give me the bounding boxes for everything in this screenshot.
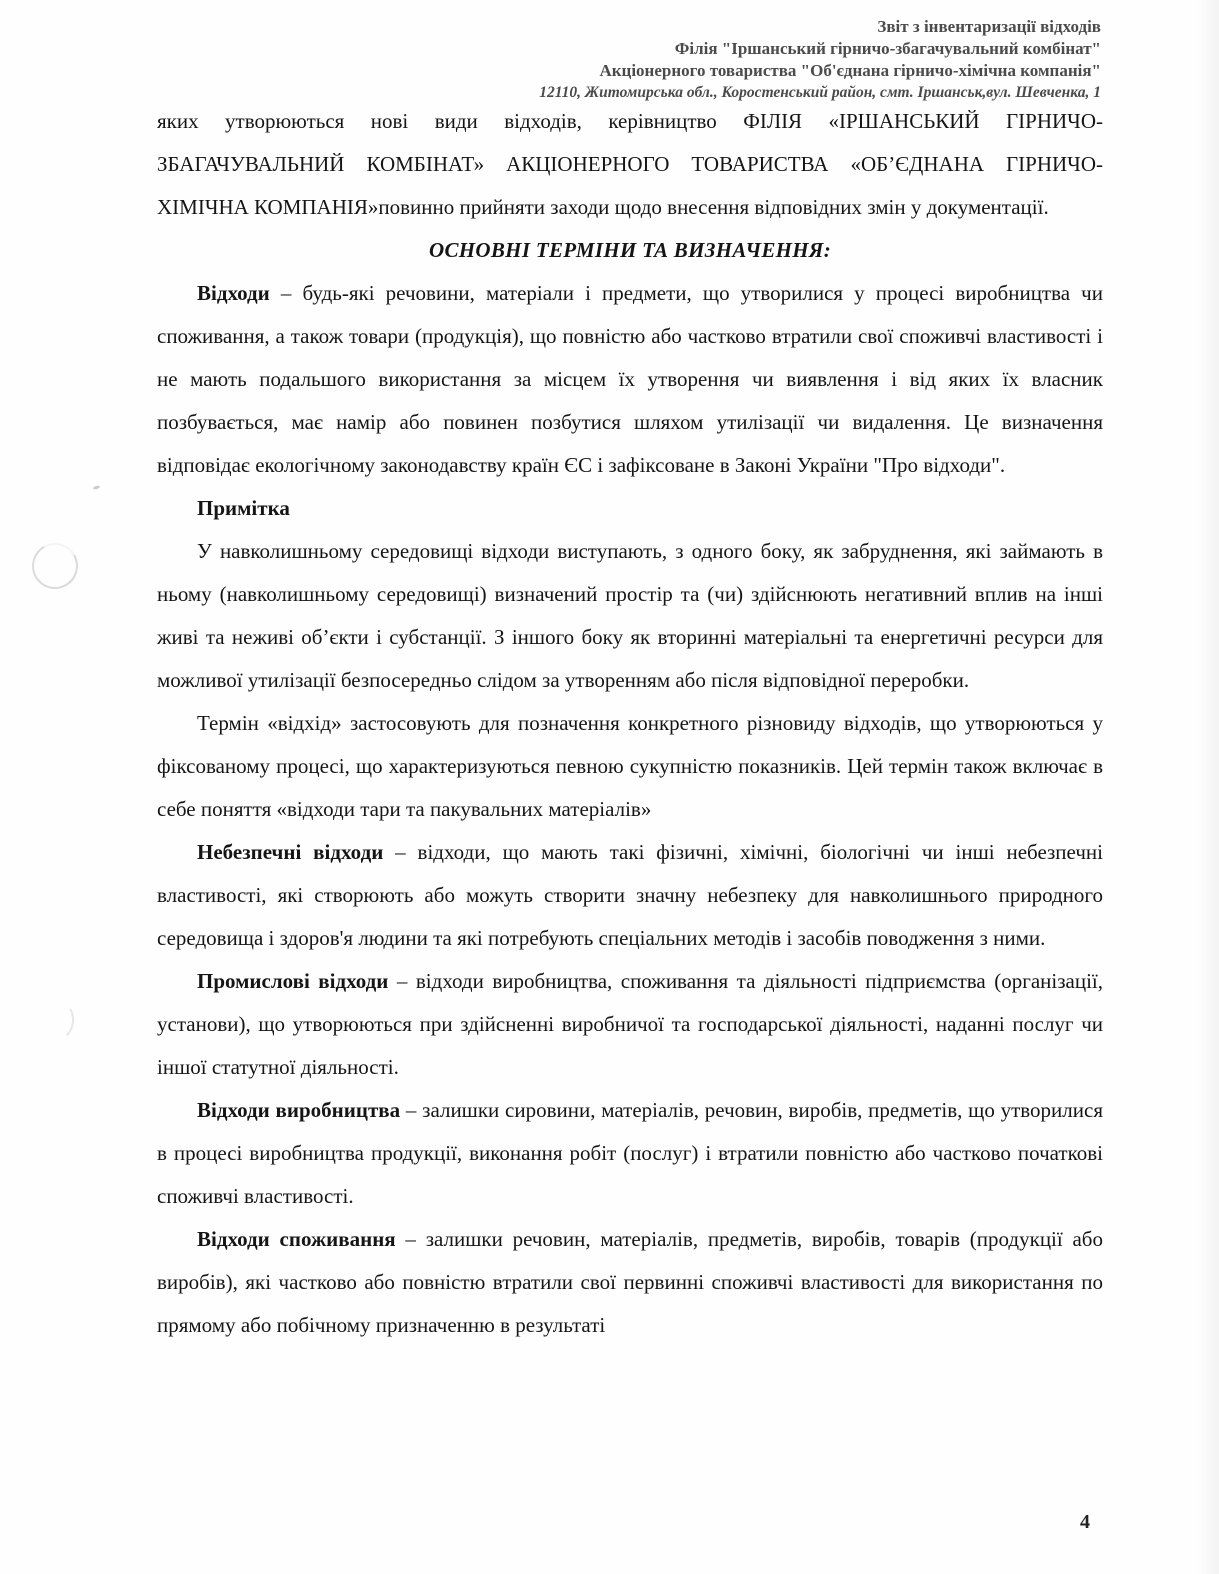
header-branch-name: Філія "Іршанський гірничо-збагачувальний…: [539, 38, 1101, 60]
term-label: Відходи споживання: [197, 1227, 396, 1251]
paragraph-text: яких утворюються нові види відходів, кер…: [157, 109, 1103, 219]
term-definition: – будь-які речовини, матеріали і предмет…: [157, 281, 1103, 477]
term-label: Відходи виробництва: [197, 1098, 400, 1122]
term-label: Примітка: [197, 496, 290, 520]
term-label: Промислові відходи: [197, 969, 388, 993]
scan-artifact-arc: [42, 1000, 77, 1042]
header-company-name: Акціонерного товариства "Об'єднана гірни…: [539, 60, 1101, 82]
scan-artifact-ring: [27, 538, 83, 594]
term-definition: Термін «відхід» застосовують для позначе…: [157, 711, 1103, 821]
paragraph-definition-hazardous-waste: Небезпечні відходи – відходи, що мають т…: [157, 831, 1103, 960]
scan-artifact-speck: [93, 485, 101, 490]
section-title: ОСНОВНІ ТЕРМІНИ ТА ВИЗНАЧЕННЯ:: [157, 229, 1103, 272]
page-number: 4: [1080, 1511, 1090, 1534]
document-page: Звіт з інвентаризації відходів Філія "Ір…: [0, 0, 1219, 1574]
term-definition: У навколишньому середовищі відходи висту…: [157, 539, 1103, 692]
scan-edge-noise: [1197, 0, 1219, 1574]
paragraph-note-heading: Примітка: [157, 487, 1103, 530]
paragraph-definition-consumption-waste: Відходи споживання – залишки речовин, ма…: [157, 1218, 1103, 1347]
paragraph-definition-waste: Відходи – будь-які речовини, матеріали і…: [157, 272, 1103, 487]
paragraph-continuation: яких утворюються нові види відходів, кер…: [157, 100, 1103, 229]
header-report-title: Звіт з інвентаризації відходів: [539, 16, 1101, 38]
document-header: Звіт з інвентаризації відходів Філія "Ір…: [539, 16, 1101, 104]
paragraph-definition-industrial-waste: Промислові відходи – відходи виробництва…: [157, 960, 1103, 1089]
term-label: Небезпечні відходи: [197, 840, 383, 864]
paragraph-note-body: У навколишньому середовищі відходи висту…: [157, 530, 1103, 702]
paragraph-definition-production-waste: Відходи виробництва – залишки сировини, …: [157, 1089, 1103, 1218]
paragraph-term-usage: Термін «відхід» застосовують для позначе…: [157, 702, 1103, 831]
term-label: Відходи: [197, 281, 270, 305]
document-body: яких утворюються нові види відходів, кер…: [157, 100, 1103, 1347]
